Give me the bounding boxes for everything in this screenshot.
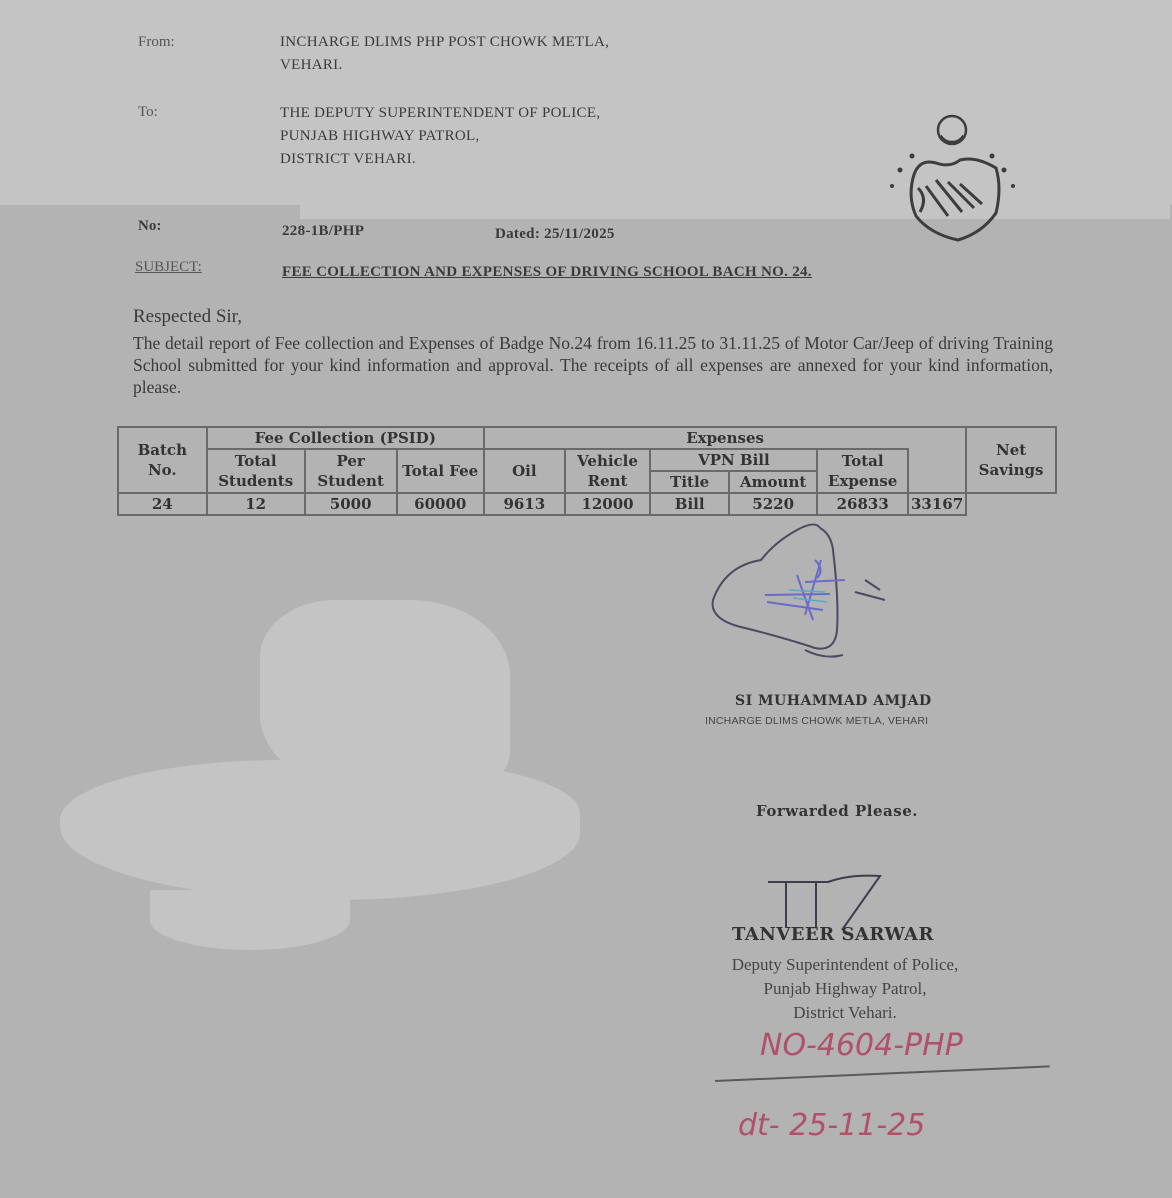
handshake-shield-emblem-icon [878,108,1028,258]
cell-per-student: 5000 [305,493,397,515]
salutation: Respected Sir, [133,306,242,328]
letter-number: 228-1B/PHP [282,223,364,240]
paper-highlight [150,890,350,950]
designation-line-1: Deputy Superintendent of Police, [680,953,1010,977]
to-line-1: THE DEPUTY SUPERINTENDENT OF POLICE, [280,105,600,122]
handwritten-diary-number: NO-4604-PHP [760,1028,963,1063]
from-line-1: INCHARGE DLIMS PHP POST CHOWK METLA, [280,34,609,51]
cell-total-students: 12 [207,493,305,515]
from-line-2: VEHARI. [280,57,343,74]
signature-amjad-icon [705,520,895,665]
from-label: From: [138,34,175,51]
paper-highlight [300,205,1170,219]
letter-date: Dated: 25/11/2025 [495,226,615,243]
signatory-1-title: INCHARGE DLIMS CHOWK METLA, VEHARI [705,715,928,727]
to-label: To: [138,104,158,121]
cell-net-savings: 33167 [908,493,966,515]
designation-line-3: District Vehari. [680,1001,1010,1025]
th-vehicle-rent: Vehicle Rent [565,449,651,493]
subject-label: SUBJECT: [135,259,202,276]
cell-total-fee: 60000 [397,493,484,515]
signatory-1-name: SI MUHAMMAD AMJAD [735,693,932,709]
signatory-2-designation: Deputy Superintendent of Police, Punjab … [680,953,1010,1025]
th-net-savings: Net Savings [966,427,1056,493]
to-line-3: DISTRICT VEHARI. [280,151,416,168]
body-paragraph: The detail report of Fee collection and … [133,332,1053,398]
paper-highlight [260,600,510,790]
cell-oil: 9613 [484,493,565,515]
no-label: No: [138,218,161,235]
cell-vpn-amount: 5220 [729,493,817,515]
to-line-2: PUNJAB HIGHWAY PATROL, [280,128,480,145]
cell-total-expense: 26833 [817,493,908,515]
fee-expense-table: Batch No. Fee Collection (PSID) Expenses… [117,426,1057,516]
th-expenses-group: Expenses [484,427,966,449]
cell-batch: 24 [118,493,207,515]
th-total-expense: Total Expense [817,449,908,493]
cell-vehicle-rent: 12000 [565,493,651,515]
th-total-fee: Total Fee [397,449,484,493]
signatory-2-name: TANVEER SARWAR [732,924,934,945]
th-vpn-group: VPN Bill [650,449,817,471]
cell-vpn-title: Bill [650,493,729,515]
table-row: 24 12 5000 60000 9613 12000 Bill 5220 26… [118,493,1056,515]
handwritten-date: dt- 25-11-25 [738,1108,925,1143]
forwarded-note: Forwarded Please. [756,802,918,820]
th-oil: Oil [484,449,565,493]
th-per-student: Per Student [305,449,397,493]
th-total-students: Total Students [207,449,305,493]
handwritten-divider [715,1065,1050,1082]
th-vpn-amount: Amount [729,471,817,493]
subject-text: FEE COLLECTION AND EXPENSES OF DRIVING S… [282,264,812,281]
th-vpn-title: Title [650,471,729,493]
designation-line-2: Punjab Highway Patrol, [680,977,1010,1001]
th-batch: Batch No. [118,427,207,493]
th-fee-group: Fee Collection (PSID) [207,427,484,449]
